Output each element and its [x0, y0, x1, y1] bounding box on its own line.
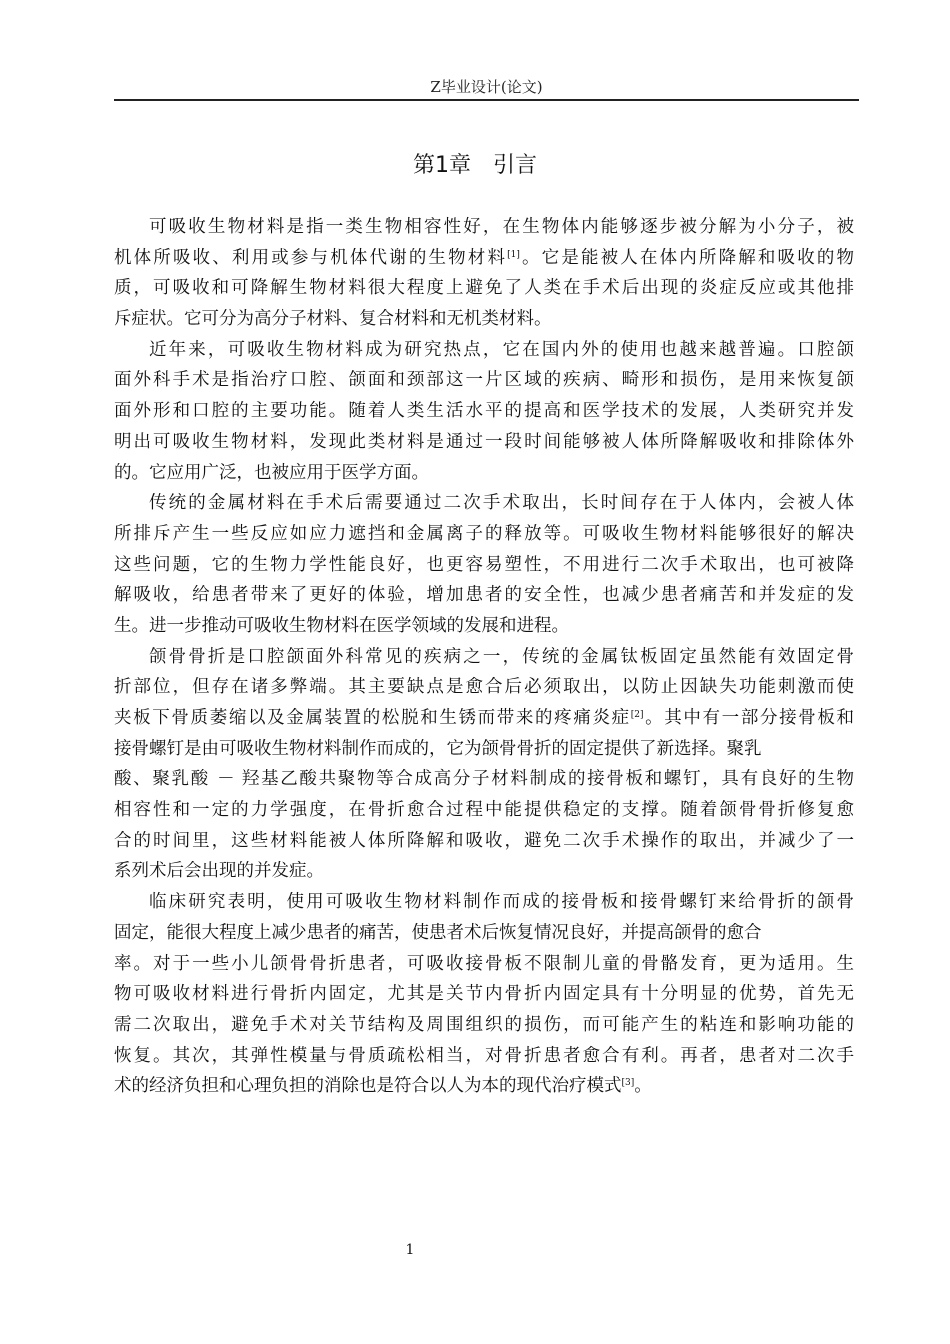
text-line: 术的经济负担和心理负担的消除也是符合以人为本的现代治疗模式[3]。	[114, 1071, 854, 1102]
text-line: 需二次取出，避免手术对关节结构及周围组织的损伤，而可能产生的粘连和影响功能的	[114, 1010, 854, 1041]
paragraph-5: 临床研究表明，使用可吸收生物材料制作而成的接骨板和接骨螺钉来给骨折的颌骨 固定，…	[114, 887, 854, 1102]
body-text: 可吸收生物材料是指一类生物相容性好，在生物体内能够逐步被分解为小分子，被 机体所…	[114, 212, 854, 1102]
text-span: 机体所吸收、利用或参与机体代谢的生物材料	[114, 248, 507, 268]
text-line: 传统的金属材料在手术后需要通过二次手术取出，长时间存在于人体内，会被人体	[114, 488, 854, 519]
paragraph-1: 可吸收生物材料是指一类生物相容性好，在生物体内能够逐步被分解为小分子，被 机体所…	[114, 212, 854, 335]
text-line: 酸、聚乳酸 － 羟基乙酸共聚物等合成高分子材料制成的接骨板和螺钉，具有良好的生物	[114, 764, 854, 795]
text-line: 夹板下骨质萎缩以及金属装置的松脱和生锈而带来的疼痛炎症[2]。其中有一部分接骨板…	[114, 703, 854, 734]
text-span: 。其中有一部分接骨板和	[643, 708, 854, 728]
text-span: 。它是能被人在体内所降解和吸收的物	[520, 248, 854, 268]
text-line: 率。对于一些小儿颌骨骨折患者，可吸收接骨板不限制儿童的骨骼发育，更为适用。生	[114, 949, 854, 980]
paragraph-2: 近年来，可吸收生物材料成为研究热点，它在国内外的使用也越来越普遍。口腔颌 面外科…	[114, 335, 854, 488]
text-line: 解吸收，给患者带来了更好的体验，增加患者的安全性，也减少患者痛苦和并发症的发	[114, 580, 854, 611]
page-number: 1	[0, 1242, 820, 1258]
text-span: 术的经济负担和心理负担的消除也是符合以人为本的现代治疗模式	[114, 1076, 622, 1096]
text-span: 。	[634, 1076, 652, 1096]
citation-3[interactable]: [3]	[622, 1078, 635, 1088]
text-span: 夹板下骨质萎缩以及金属装置的松脱和生锈而带来的疼痛炎症	[114, 708, 631, 728]
text-line: 折部位，但存在诸多弊端。其主要缺点是愈合后必须取出，以防止因缺失功能刺激而使	[114, 672, 854, 703]
chapter-title: 第1章 引言	[0, 148, 950, 179]
text-line: 颌骨骨折是口腔颌面外科常见的疾病之一，传统的金属钛板固定虽然能有效固定骨	[114, 642, 854, 673]
text-line: 明出可吸收生物材料，发现此类材料是通过一段时间能够被人体所降解吸收和排除体外	[114, 427, 854, 458]
text-line: 机体所吸收、利用或参与机体代谢的生物材料[1]。它是能被人在体内所降解和吸收的物	[114, 243, 854, 274]
text-line: 这些问题，它的生物力学性能良好，也更容易塑性，不用进行二次手术取出，也可被降	[114, 550, 854, 581]
text-line: 面外科手术是指治疗口腔、颌面和颈部这一片区域的疾病、畸形和损伤，是用来恢复颌	[114, 365, 854, 396]
text-line: 质，可吸收和可降解生物材料很大程度上避免了人类在手术后出现的炎症反应或其他排	[114, 273, 854, 304]
text-line: 近年来，可吸收生物材料成为研究热点，它在国内外的使用也越来越普遍。口腔颌	[114, 335, 854, 366]
text-line: 相容性和一定的力学强度，在骨折愈合过程中能提供稳定的支撑。随着颌骨骨折修复愈	[114, 795, 854, 826]
text-line: 合的时间里，这些材料能被人体所降解和吸收，避免二次手术操作的取出，并减少了一	[114, 826, 854, 857]
text-line: 临床研究表明，使用可吸收生物材料制作而成的接骨板和接骨螺钉来给骨折的颌骨	[114, 887, 854, 918]
text-line: 的。它应用广泛，也被应用于医学方面。	[114, 458, 854, 489]
running-header: Z毕业设计(论文)	[114, 76, 859, 97]
text-line: 面外形和口腔的主要功能。随着人类生活水平的提高和医学技术的发展，人类研究并发	[114, 396, 854, 427]
text-line: 接骨螺钉是由可吸收生物材料制作而成的，它为颌骨骨折的固定提供了新选择。聚乳	[114, 734, 854, 765]
header-rule	[114, 99, 859, 101]
text-line: 系列术后会出现的并发症。	[114, 856, 854, 887]
paragraph-3: 传统的金属材料在手术后需要通过二次手术取出，长时间存在于人体内，会被人体 所排斥…	[114, 488, 854, 641]
text-line: 恢复。其次，其弹性模量与骨质疏松相当，对骨折患者愈合有利。再者，患者对二次手	[114, 1041, 854, 1072]
text-line: 物可吸收材料进行骨折内固定，尤其是关节内骨折内固定具有十分明显的优势，首先无	[114, 979, 854, 1010]
text-line: 生。进一步推动可吸收生物材料在医学领域的发展和进程。	[114, 611, 854, 642]
text-line: 可吸收生物材料是指一类生物相容性好，在生物体内能够逐步被分解为小分子，被	[114, 212, 854, 243]
paragraph-4: 颌骨骨折是口腔颌面外科常见的疾病之一，传统的金属钛板固定虽然能有效固定骨 折部位…	[114, 642, 854, 888]
citation-1[interactable]: [1]	[507, 250, 520, 260]
text-line: 所排斥产生一些反应如应力遮挡和金属离子的释放等。可吸收生物材料能够很好的解决	[114, 519, 854, 550]
text-line: 固定，能很大程度上减少患者的痛苦，使患者术后恢复情况良好，并提高颌骨的愈合	[114, 918, 854, 949]
citation-2[interactable]: [2]	[631, 710, 644, 720]
text-line: 斥症状。它可分为高分子材料、复合材料和无机类材料。	[114, 304, 854, 335]
